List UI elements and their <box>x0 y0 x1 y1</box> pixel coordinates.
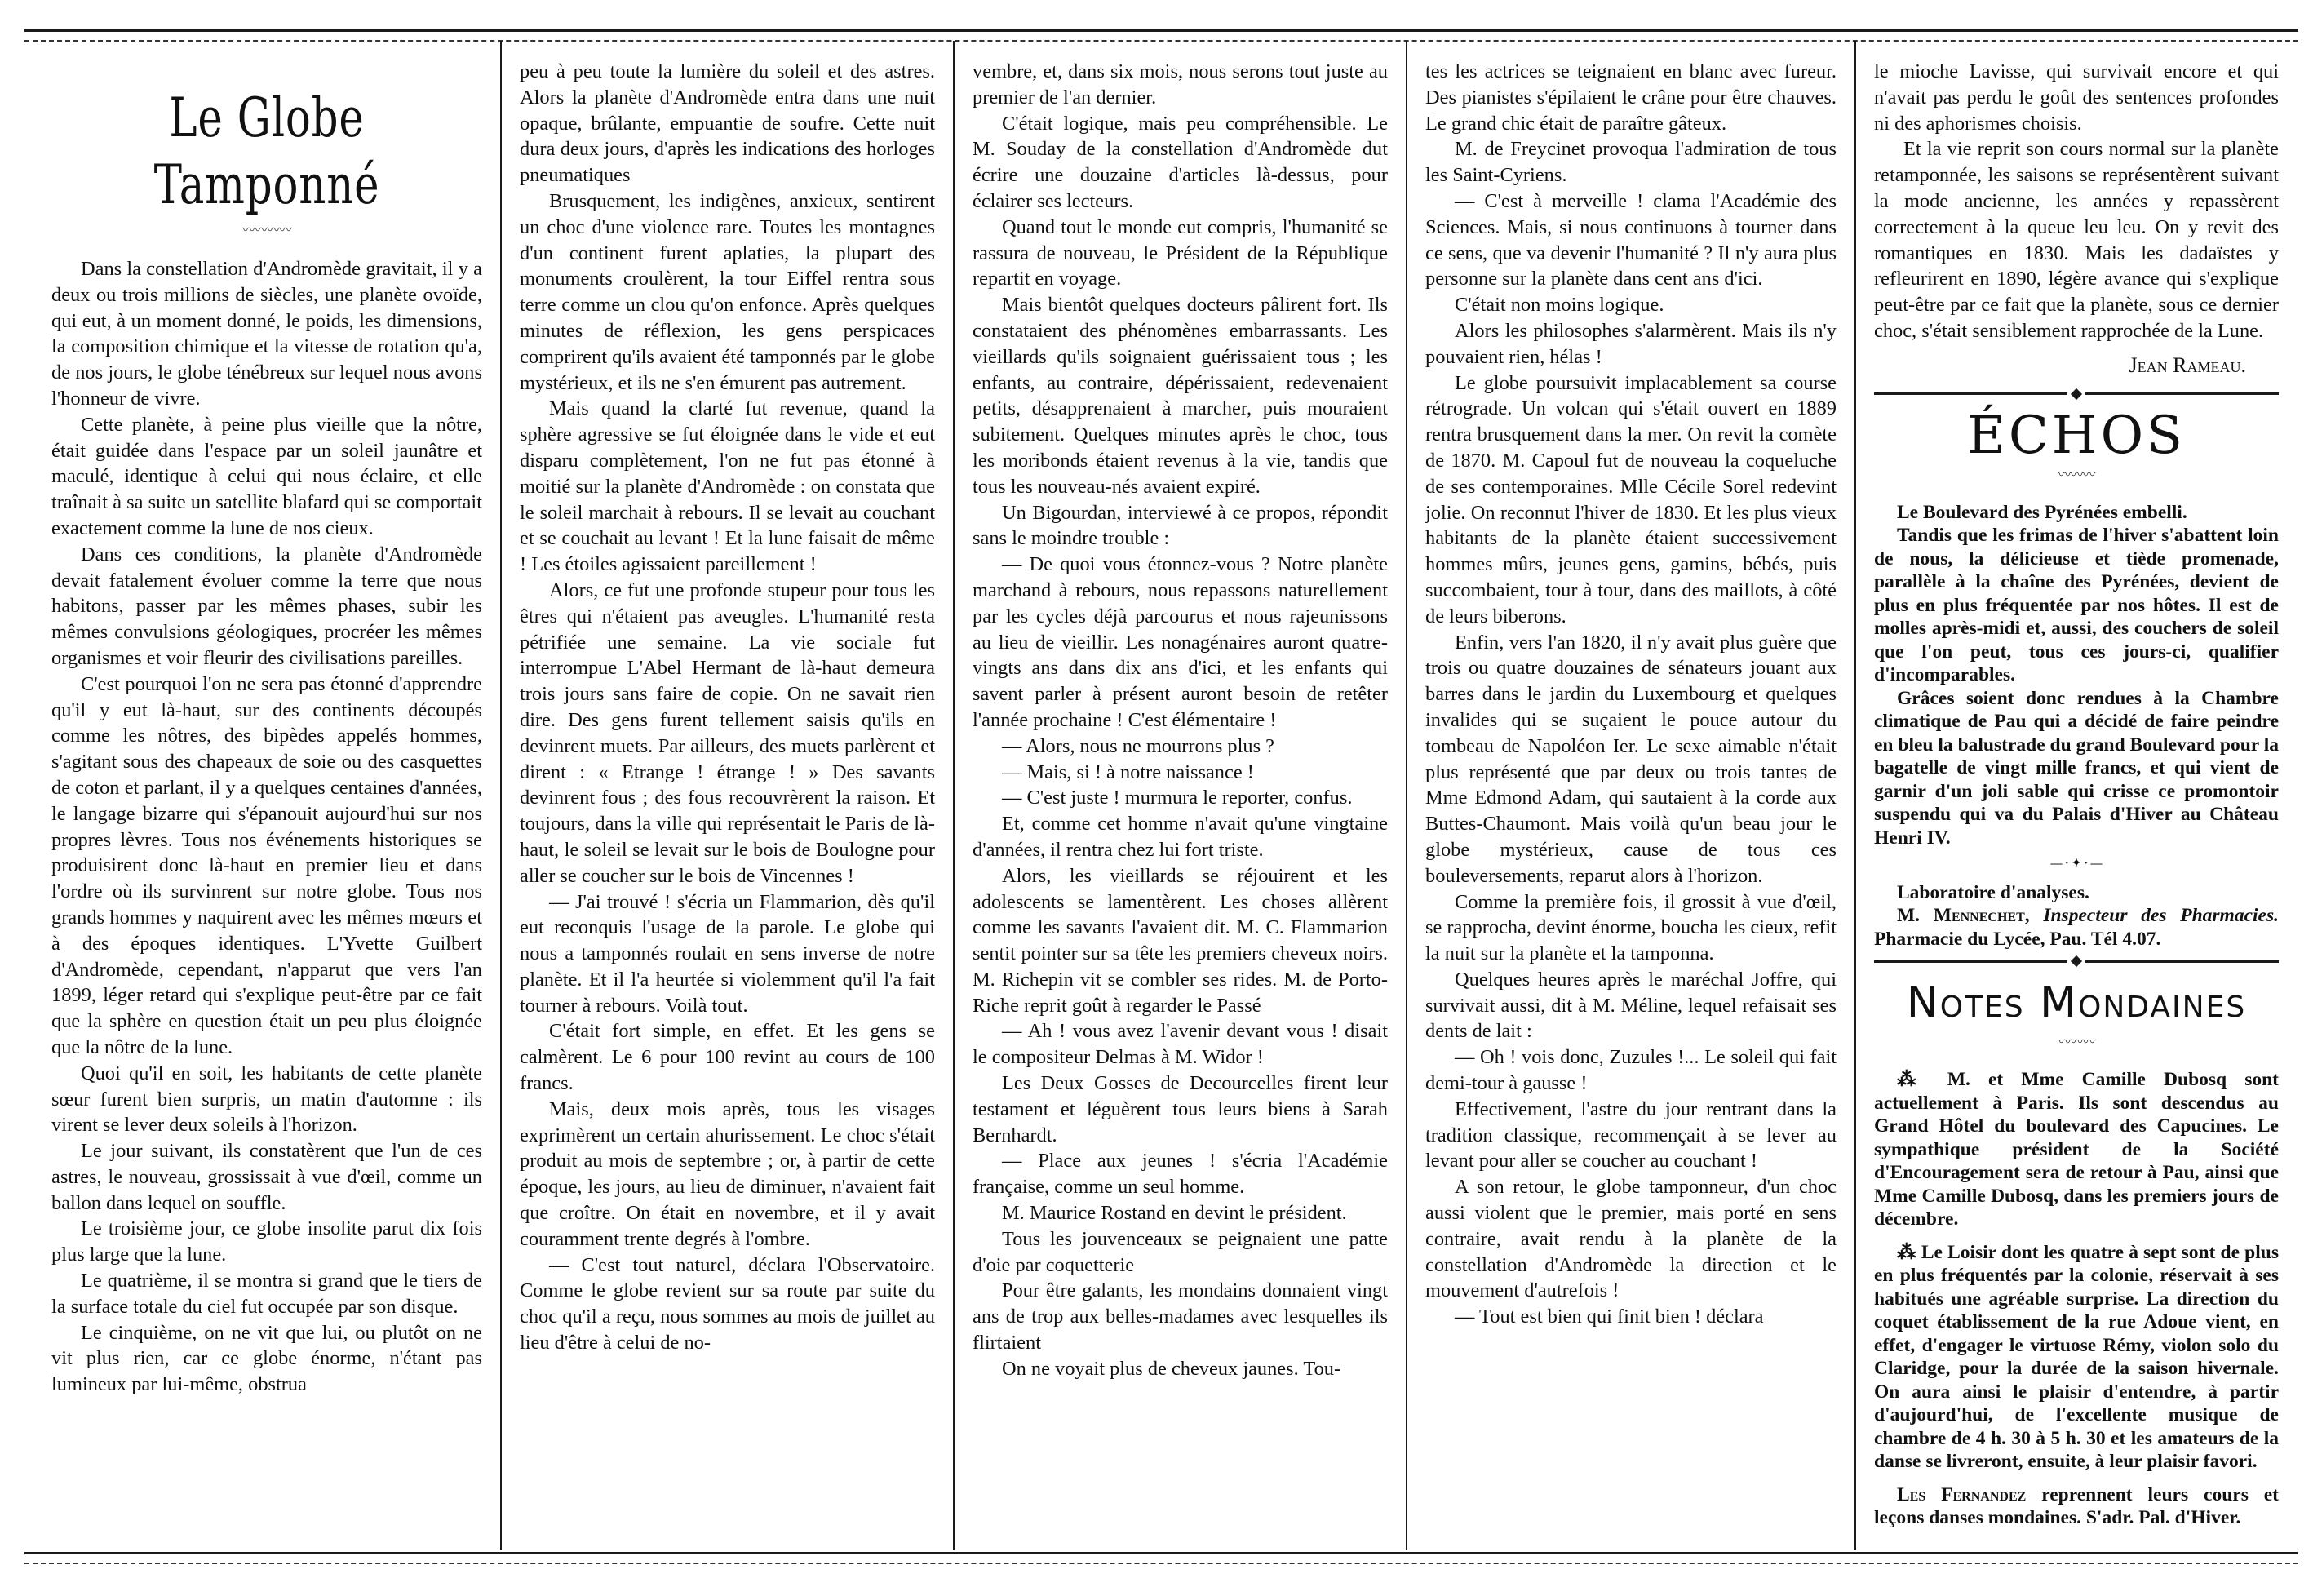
newspaper-page: Le Globe Tamponné 〰〰〰〰 Dans la constella… <box>45 41 2297 1550</box>
article-paragraph: Effectivement, l'astre du jour rentrant … <box>1425 1097 1837 1174</box>
article-paragraph: C'est pourquoi l'on ne sera pas étonné d… <box>51 672 482 1061</box>
article-paragraph: peu à peu toute la lumière du soleil et … <box>520 59 935 188</box>
diamond-ornament-icon <box>2071 955 2082 967</box>
article-paragraph: Tous les jouvenceaux se peignaient une p… <box>973 1226 1388 1279</box>
title-ornament: 〰〰〰〰 <box>51 224 482 238</box>
article-paragraph: Le cinquième, on ne vit que lui, ou plut… <box>51 1320 482 1398</box>
diamond-ornament-icon <box>2071 388 2082 399</box>
column-3: vembre, et, dans six mois, nous serons t… <box>955 41 1407 1550</box>
article-paragraph: M. de Freycinet provoqua l'admiration de… <box>1425 136 1837 188</box>
article-paragraph: Quelques heures après le maréchal Joffre… <box>1425 967 1837 1044</box>
article-paragraph: Cette planète, à peine plus vieille que … <box>51 412 482 542</box>
article-paragraph: Comme la première fois, il grossit à vue… <box>1425 889 1837 967</box>
echo-paragraph: Grâces soient donc rendues à la Chambre … <box>1874 687 2279 850</box>
article-paragraph: vembre, et, dans six mois, nous serons t… <box>973 59 1388 111</box>
echos-title: ÉCHOS <box>1874 406 2279 465</box>
echo-headline: Laboratoire d'analyses. <box>1874 881 2279 905</box>
top-double-rule <box>24 29 2298 42</box>
article-paragraph: Quoi qu'il en soit, les habitants de cet… <box>51 1061 482 1138</box>
echo-headline: Le Boulevard des Pyrénées embelli. <box>1874 501 2279 525</box>
note-item: ⁂ Le Loisir dont les quatre à sept sont … <box>1874 1241 2279 1474</box>
section-divider <box>1874 957 2279 965</box>
article-paragraph: — C'est à merveille ! clama l'Académie d… <box>1425 188 1837 292</box>
column-1: Le Globe Tamponné 〰〰〰〰 Dans la constella… <box>45 41 502 1550</box>
article-paragraph: le mioche Lavisse, qui survivait encore … <box>1874 59 2279 136</box>
column-1-body: Dans la constellation d'Andromède gravit… <box>51 256 482 1398</box>
article-paragraph: Le quatrième, il se montra si grand que … <box>51 1268 482 1320</box>
note-item: ⁂ M. et Mme Camille Dubosq sont actuelle… <box>1874 1068 2279 1231</box>
divider-line <box>2085 960 2279 963</box>
echos-ornament: 〰〰〰 <box>1874 468 2279 483</box>
article-paragraph: Alors, ce fut une profonde stupeur pour … <box>520 578 935 889</box>
article-paragraph: Les Deux Gosses de Decourcelles firent l… <box>973 1071 1388 1148</box>
article-paragraph: C'était fort simple, en effet. Et les ge… <box>520 1018 935 1096</box>
column-2: peu à peu toute la lumière du soleil et … <box>502 41 955 1550</box>
article-paragraph: Dans ces conditions, la planète d'Androm… <box>51 542 482 672</box>
echo-notice-role: Inspecteur des Pharmacies. <box>2043 905 2279 926</box>
article-paragraph: Mais, deux mois après, tous les visages … <box>520 1097 935 1252</box>
article-paragraph: — Place aux jeunes ! s'écria l'Académie … <box>973 1148 1388 1200</box>
article-paragraph: — J'ai trouvé ! s'écria un Flammarion, d… <box>520 889 935 1019</box>
section-divider <box>1874 390 2279 398</box>
article-paragraph: Mais bientôt quelques docteurs pâlirent … <box>973 292 1388 499</box>
article-paragraph: Mais quand la clarté fut revenue, quand … <box>520 396 935 578</box>
article-paragraph: Enfin, vers l'an 1820, il n'y avait plus… <box>1425 630 1837 889</box>
article-paragraph: tes les actrices se teignaient en blanc … <box>1425 59 1837 136</box>
article-title: Le Globe Tamponné <box>99 85 435 219</box>
small-separator: — · ✦ · — <box>1874 853 2279 876</box>
article-paragraph: Dans la constellation d'Andromède gravit… <box>51 256 482 412</box>
article-paragraph: — C'est juste ! murmura le reporter, con… <box>973 785 1388 811</box>
advert-name: Les Fernandez <box>1897 1484 2026 1505</box>
article-paragraph: — Alors, nous ne mourrons plus ? <box>973 734 1388 760</box>
echos-section: Le Boulevard des Pyrénées embelli. Tandi… <box>1874 501 2279 951</box>
article-paragraph: Et la vie reprit son cours normal sur la… <box>1874 136 2279 344</box>
article-paragraph: M. Maurice Rostand en devint le présiden… <box>973 1200 1388 1226</box>
divider-line <box>1874 960 2067 963</box>
article-paragraph: Pour être galants, les mondains donnaien… <box>973 1278 1388 1355</box>
column-4: tes les actrices se teignaient en blanc … <box>1407 41 1856 1550</box>
echo-paragraph: Tandis que les frimas de l'hiver s'abatt… <box>1874 524 2279 687</box>
article-paragraph: A son retour, le globe tamponneur, d'un … <box>1425 1174 1837 1304</box>
bottom-double-rule <box>24 1552 2298 1564</box>
article-paragraph: Le jour suivant, ils constatèrent que l'… <box>51 1138 482 1216</box>
article-paragraph: — Mais, si ! à notre naissance ! <box>973 760 1388 786</box>
echo-notice-details: Pharmacie du Lycée, Pau. Tél 4.07. <box>1874 929 2160 950</box>
article-paragraph: Alors les philosophes s'alarmèrent. Mais… <box>1425 318 1837 370</box>
column-5: le mioche Lavisse, qui survivait encore … <box>1856 41 2297 1550</box>
article-paragraph: Quand tout le monde eut compris, l'human… <box>973 215 1388 292</box>
article-paragraph: — Tout est bien qui finit bien ! déclara <box>1425 1304 1837 1330</box>
article-paragraph: On ne voyait plus de cheveux jaunes. Tou… <box>973 1356 1388 1382</box>
article-paragraph: Le globe poursuivit implacablement sa co… <box>1425 370 1837 630</box>
article-paragraph: — De quoi vous étonnez-vous ? Notre plan… <box>973 552 1388 734</box>
article-paragraph: — C'est tout naturel, déclara l'Observat… <box>520 1252 935 1356</box>
article-paragraph: Le troisième jour, ce globe insolite par… <box>51 1216 482 1268</box>
divider-line <box>2085 392 2279 395</box>
column-4-body: tes les actrices se teignaient en blanc … <box>1425 59 1837 1330</box>
echo-notice-name: M. Mennechet, <box>1897 905 2030 926</box>
article-paragraph: Alors, les vieillards se réjouirent et l… <box>973 863 1388 1019</box>
article-paragraph: Et, comme cet homme n'avait qu'une vingt… <box>973 811 1388 863</box>
notes-mondaines-section: ⁂ M. et Mme Camille Dubosq sont actuelle… <box>1874 1068 2279 1530</box>
article-paragraph: C'était non moins logique. <box>1425 292 1837 318</box>
article-paragraph: — Ah ! vous avez l'avenir devant vous ! … <box>973 1018 1388 1071</box>
article-paragraph: — Oh ! vois donc, Zuzules !... Le soleil… <box>1425 1044 1837 1097</box>
notes-mondaines-title: Notes Mondaines <box>1874 973 2279 1032</box>
article-signature: Jean Rameau. <box>1874 352 2246 379</box>
article-paragraph: C'était logique, mais peu compréhensible… <box>973 111 1388 215</box>
echo-notice: M. Mennechet, Inspecteur des Pharmacies.… <box>1874 904 2279 951</box>
column-3-body: vembre, et, dans six mois, nous serons t… <box>973 59 1388 1382</box>
column-2-body: peu à peu toute la lumière du soleil et … <box>520 59 935 1356</box>
asterism-icon: ⁂ <box>1897 1242 1916 1263</box>
column-5-body: le mioche Lavisse, qui survivait encore … <box>1874 59 2279 344</box>
article-paragraph: Brusquement, les indigènes, anxieux, sen… <box>520 188 935 396</box>
divider-line <box>1874 392 2067 395</box>
article-paragraph: Un Bigourdan, interviewé à ce propos, ré… <box>973 500 1388 552</box>
notes-ornament: 〰〰〰 <box>1874 1035 2279 1050</box>
asterism-icon: ⁂ <box>1897 1069 1930 1090</box>
note-advert: Les Fernandez reprennent leurs cours et … <box>1874 1483 2279 1530</box>
